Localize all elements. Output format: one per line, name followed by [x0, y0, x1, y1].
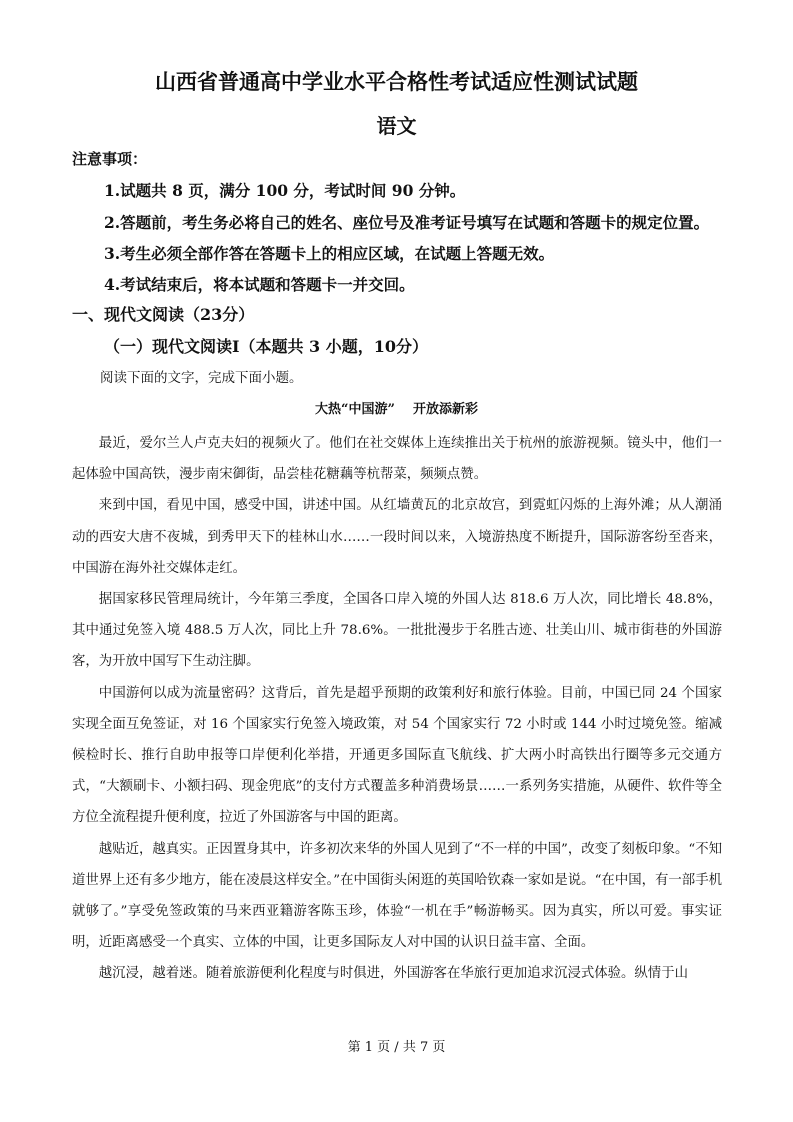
article-paragraph: 据国家移民管理局统计，今年第三季度，全国各口岸入境的外国人达 818.6 万人次…	[72, 584, 722, 678]
note-item: 3.考生必须全部作答在答题卡上的相应区域，在试题上答题无效。	[104, 243, 554, 265]
section-heading: 一、现代文阅读（23分）	[72, 303, 254, 327]
article-body: 最近，爱尔兰人卢克夫妇的视频火了。他们在社交媒体上连续推出关于杭州的旅游视频。镜…	[72, 428, 722, 990]
article-title: 大热“中国游” 开放添新彩	[0, 400, 793, 420]
article-paragraph: 来到中国，看见中国，感受中国，讲述中国。从红墙黄瓦的北京故宫，到霓虹闪烁的上海外…	[72, 490, 722, 584]
reading-instruction: 阅读下面的文字，完成下面小题。	[100, 368, 303, 388]
subsection-heading: （一）现代文阅读Ⅰ（本题共 3 小题，10分）	[104, 335, 428, 359]
article-paragraph: 越贴近，越真实。正因置身其中，许多初次来华的外国人见到了“不一样的中国”，改变了…	[72, 834, 722, 959]
document-page: 山西省普通高中学业水平合格性考试适应性测试试题 语文 注意事项： 1.试题共 8…	[0, 0, 793, 1122]
note-item: 2.答题前，考生务必将自己的姓名、座位号及准考证号填写在试题和答题卡的规定位置。	[104, 212, 709, 234]
article-paragraph: 最近，爱尔兰人卢克夫妇的视频火了。他们在社交媒体上连续推出关于杭州的旅游视频。镜…	[72, 428, 722, 490]
exam-subject: 语文	[0, 112, 793, 140]
note-item: 4.考试结束后，将本试题和答题卡一并交回。	[104, 274, 415, 296]
article-paragraph: 越沉浸，越着迷。随着旅游便利化程度与时俱进，外国游客在华旅行更加追求沉浸式体验。…	[72, 958, 722, 989]
notes-heading: 注意事项：	[72, 148, 147, 170]
article-paragraph: 中国游何以成为流量密码？这背后，首先是超乎预期的政策利好和旅行体验。目前，中国已…	[72, 678, 722, 834]
note-item: 1.试题共 8 页，满分 100 分，考试时间 90 分钟。	[104, 180, 465, 202]
exam-title: 山西省普通高中学业水平合格性考试适应性测试试题	[0, 68, 793, 96]
page-number-footer: 第 1 页 / 共 7 页	[0, 1038, 793, 1058]
